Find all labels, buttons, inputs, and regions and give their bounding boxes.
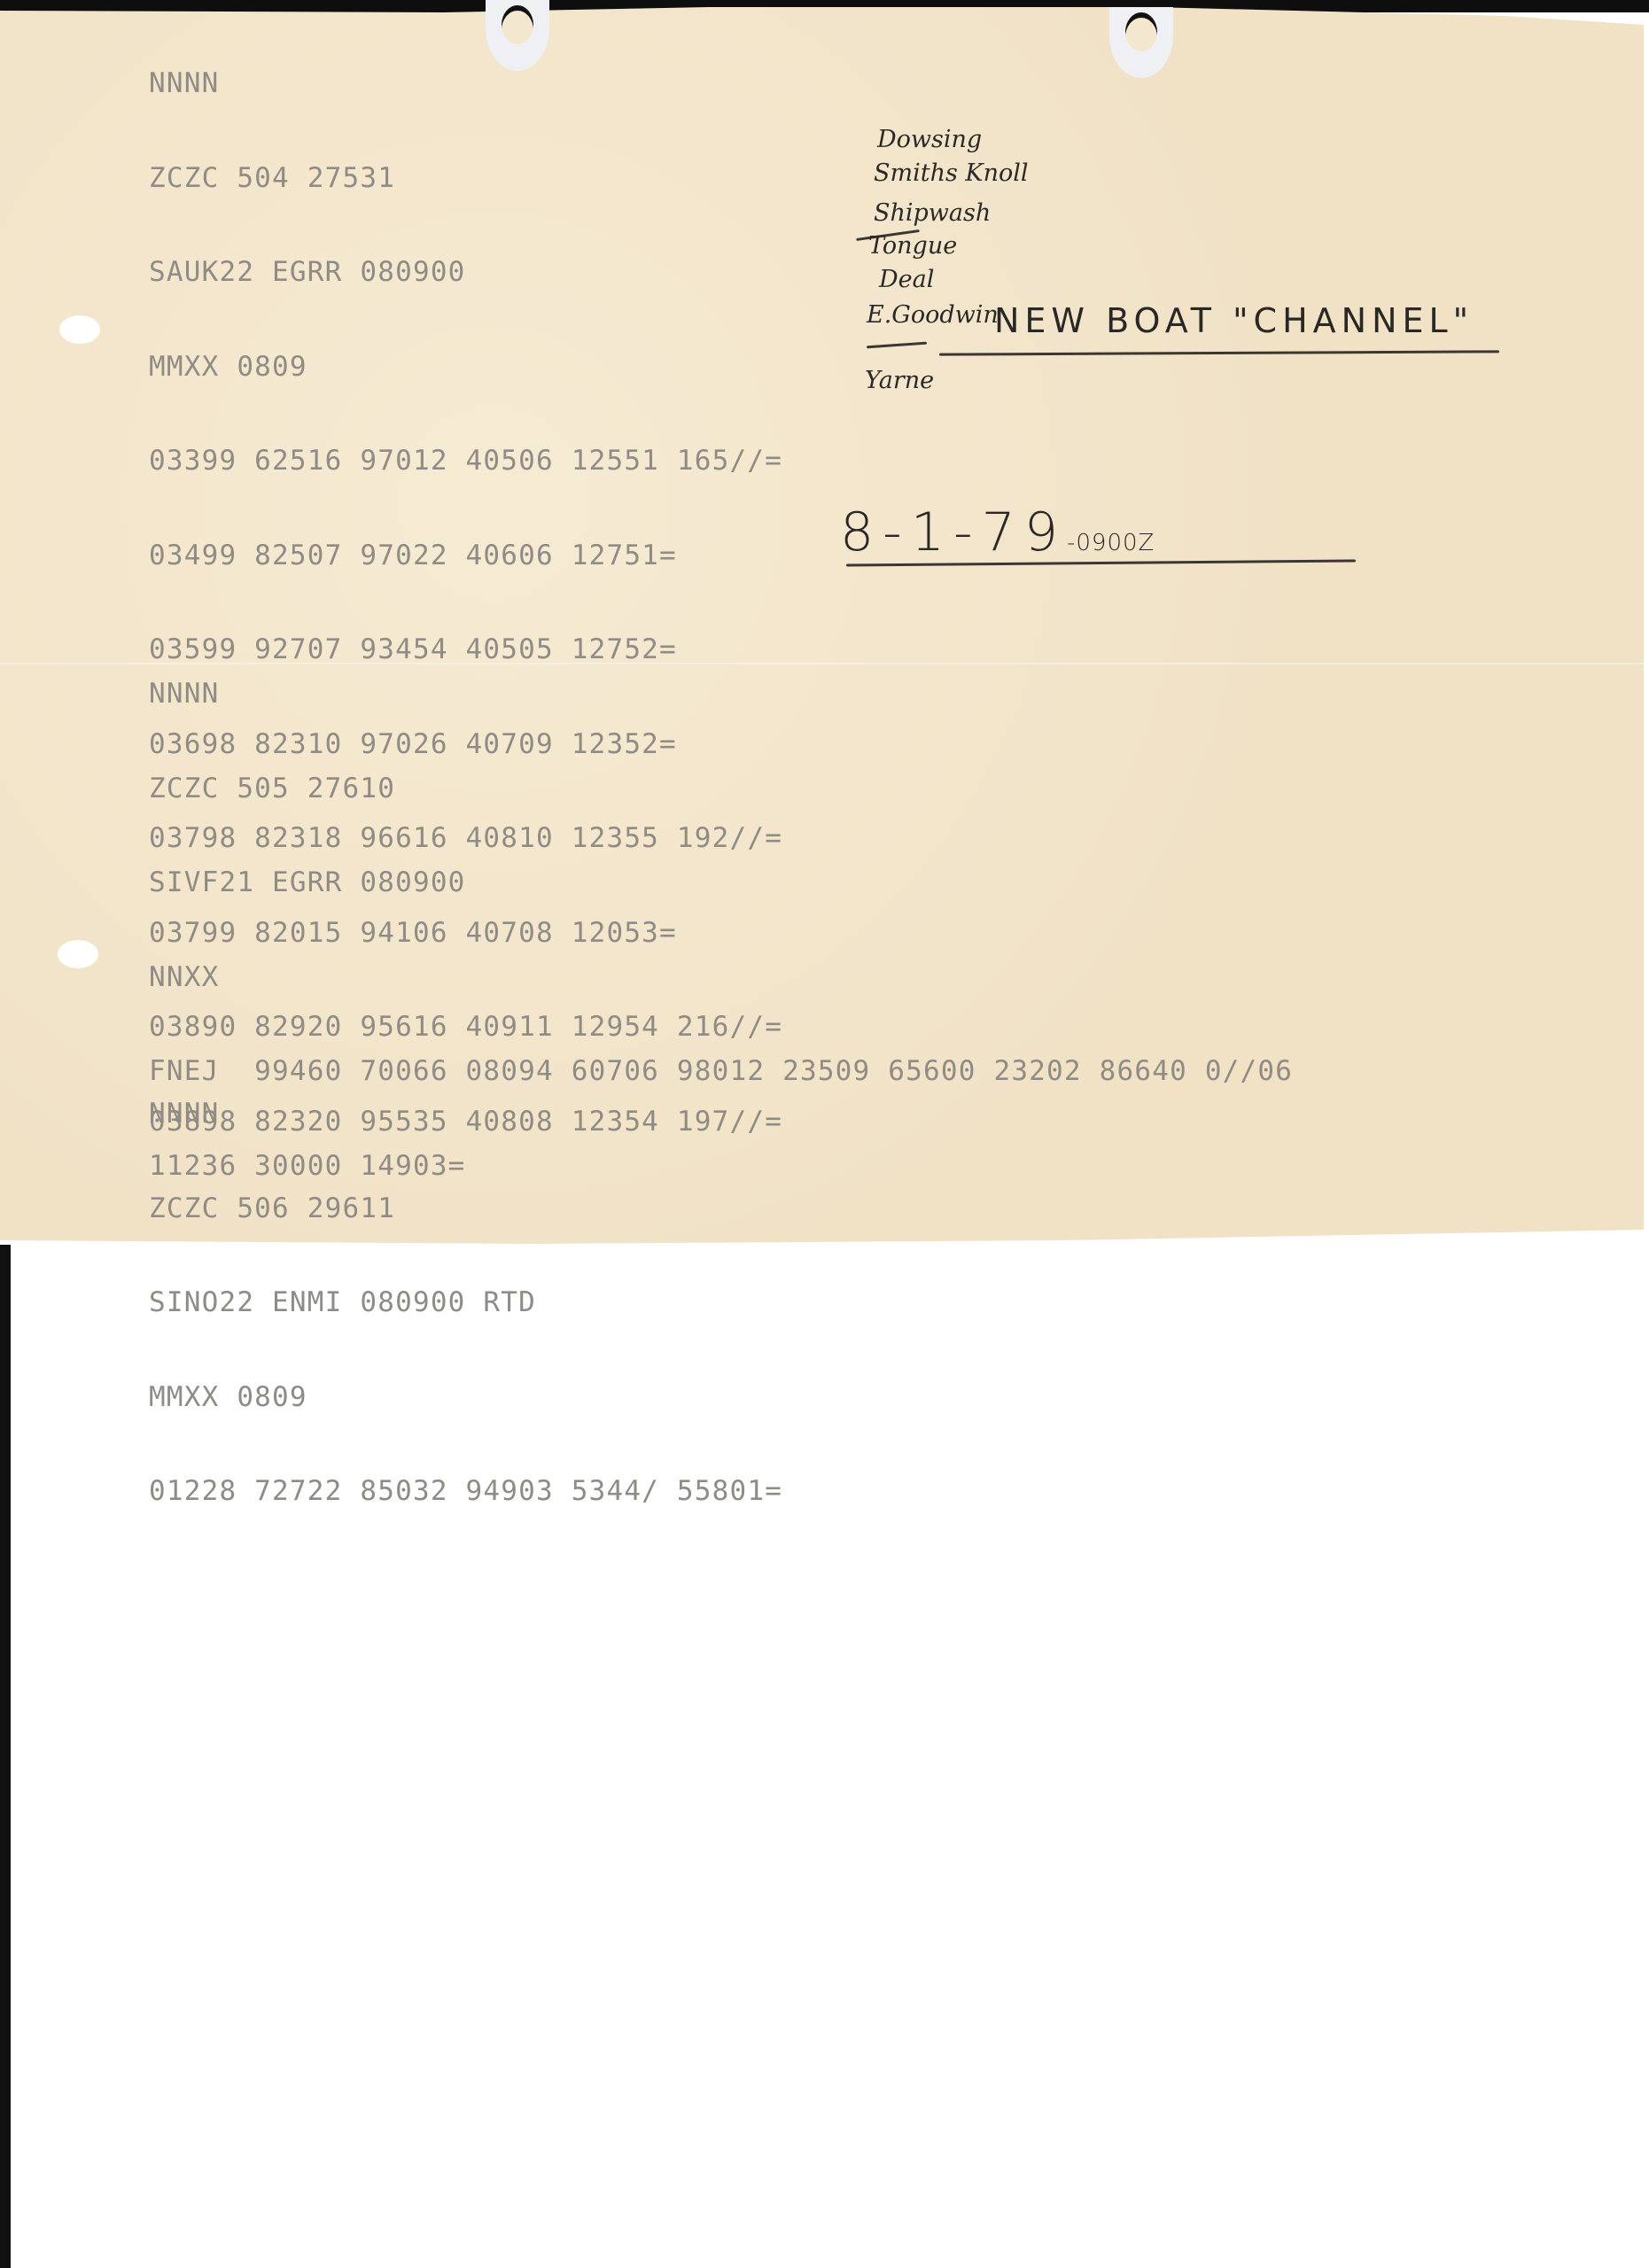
msg2-line: NNNN (149, 679, 1293, 711)
handwritten-station-e-goodwin: E.Goodwin (867, 301, 999, 329)
handwritten-station-smiths-knoll: Smiths Knoll (874, 159, 1029, 187)
handwritten-station-yarne: Yarne (865, 367, 934, 394)
msg3-line: SINO22 ENMI 080900 RTD (149, 1287, 782, 1319)
msg1-line: NNNN (149, 68, 782, 100)
msg1-line: 03399 62516 97012 40506 12551 165//= (149, 446, 782, 478)
handwritten-date: 8-1-79-0900Z (840, 501, 1155, 563)
msg1-line: ZCZC 504 27531 (149, 163, 782, 195)
msg1-line: SAUK22 EGRR 080900 (149, 257, 782, 289)
date-main: 8-1-79 (840, 501, 1067, 563)
msg2-line: NNXX (149, 962, 1293, 994)
scanner-left-edge (0, 1245, 11, 2268)
handwritten-station-shipwash: Shipwash (874, 199, 991, 227)
msg3-line: 01228 72722 85032 94903 5344/ 55801= (149, 1476, 782, 1508)
msg3-line: ZCZC 506 29611 (149, 1193, 782, 1225)
msg1-line: 03499 82507 97022 40606 12751= (149, 540, 782, 572)
msg3-line: NNNN (149, 1099, 782, 1130)
punch-hole-left-lower (58, 940, 98, 968)
msg2-line: SIVF21 EGRR 080900 (149, 867, 1293, 899)
handwritten-station-deal: Deal (879, 266, 934, 293)
handwritten-station-tongue: Tongue (868, 232, 957, 260)
handwritten-channel-note: NEW BOAT "CHANNEL" (994, 301, 1474, 340)
punch-hole-left-upper (59, 315, 100, 344)
msg1-line: MMXX 0809 (149, 352, 782, 384)
msg3-line: MMXX 0809 (149, 1382, 782, 1414)
handwritten-station-dowsing: Dowsing (877, 126, 982, 153)
date-time: -0900Z (1067, 530, 1155, 556)
msg2-line: ZCZC 505 27610 (149, 773, 1293, 805)
message-block-3: NNNN ZCZC 506 29611 SINO22 ENMI 080900 R… (149, 1036, 782, 1539)
